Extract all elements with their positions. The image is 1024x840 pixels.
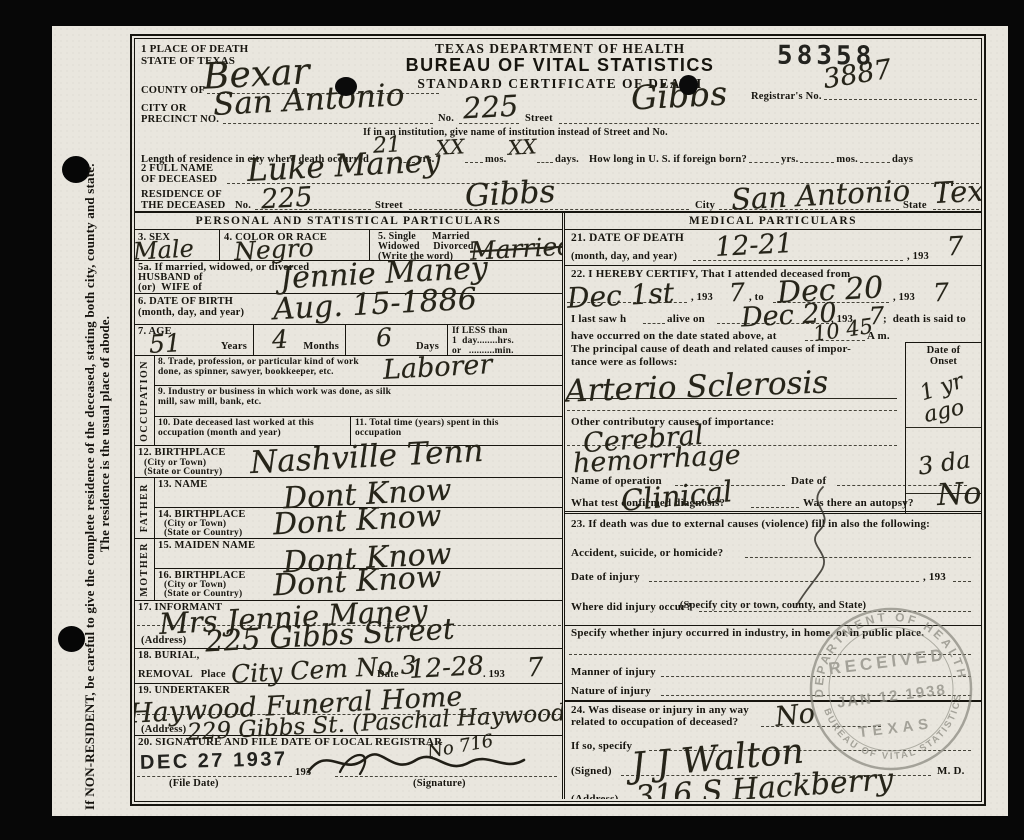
related-label-1: 24. Was disease or injury in any way (571, 705, 749, 716)
last-saw-label-2: alive on (667, 314, 705, 325)
mos-label-2: mos. (836, 154, 858, 165)
father-group: FATHER 13. NAME Dont Know 14. BIRTHPLACE… (135, 478, 562, 539)
dotted-line (559, 123, 979, 124)
microfilm-background: If NON-RESIDENT, be careful to give the … (0, 0, 1024, 840)
precinct-no-label: PRECINCT NO. (141, 114, 219, 125)
injury-year-prefix: , 193 (923, 572, 946, 583)
age-less-label-2: 1 day........hrs. (452, 336, 562, 346)
injury-date-row: Date of injury , 193 (565, 563, 981, 587)
accident-row: Accident, suicide, or homicide? (565, 539, 981, 563)
burial-place-value: City Cem No 3 (230, 652, 417, 687)
dotted-line (567, 410, 897, 411)
physician-address-label: (Address) (571, 794, 618, 799)
certify-block: 22. I HEREBY CERTIFY, That I attended de… (565, 266, 981, 328)
dob-label: 6. DATE OF BIRTH (138, 296, 233, 307)
injury-where-label: Where did injury occur? (571, 602, 692, 613)
stamp-received-text: RECEIVED (827, 645, 947, 678)
res-street-value: Gibbs (464, 177, 556, 213)
test-value: Clinical (620, 477, 734, 516)
age-years-cell: 7. AGE 51 Years (135, 325, 253, 355)
registrar-signature-scrawl (300, 742, 530, 780)
margin-line-2: The residence is the usual place of abod… (97, 58, 112, 810)
dod-year-prefix: , 193 (907, 251, 929, 262)
attended-from-year-prefix: , 193 (691, 292, 713, 303)
birthplace-label: 12. BIRTHPLACE (138, 447, 226, 458)
death-said-label: ; death is said to (883, 314, 966, 325)
manner-label: Manner of injury (571, 667, 656, 678)
house-no-label: No. (438, 113, 454, 124)
margin-line-1: If NON-RESIDENT, be careful to give the … (82, 58, 97, 810)
physician-address-row: (Address) 316 S Hackberry (565, 782, 981, 799)
dotted-line (137, 776, 292, 777)
age-days-value: 6 (375, 325, 392, 351)
undertaker-row: 19. UNDERTAKER Haywood Funeral Home (Add… (135, 684, 562, 736)
personal-section: PERSONAL AND STATISTICAL PARTICULARS 3. … (135, 213, 565, 799)
dotted-line (749, 162, 779, 163)
house-no-value: 225 (462, 92, 519, 124)
age-months-label: Months (303, 341, 339, 352)
received-stamp: DEPARTMENT OF HEALTH BUREAU OF VITAL STA… (797, 595, 981, 782)
certificate-border: 1 PLACE OF DEATH STATE OF TEXAS TEXAS DE… (130, 34, 986, 806)
informant-row: 17. INFORMANT Mrs Jennie Maney (Address)… (135, 601, 562, 649)
received-stamp-graphic: DEPARTMENT OF HEALTH BUREAU OF VITAL STA… (797, 595, 981, 782)
mother-side-cell: MOTHER (135, 539, 155, 600)
spouse-label-3: (or) WIFE of (138, 282, 202, 293)
deceased-name-value: Luke Maney (246, 146, 441, 187)
stamp-date-text: JAN 12 1938 (836, 681, 948, 711)
sex-value: Male (135, 236, 194, 263)
stray-pen-mark (775, 483, 855, 613)
city-or-label: CITY OR (141, 103, 187, 114)
ink-blob (679, 75, 698, 95)
birthplace-row: 12. BIRTHPLACE (City or Town) (State or … (135, 446, 562, 478)
last-worked-label: 10. Date deceased last worked at this oc… (158, 418, 343, 438)
father-bp-value: Dont Know (272, 502, 442, 541)
autopsy-value: No (936, 479, 981, 511)
certificate: 1 PLACE OF DEATH STATE OF TEXAS TEXAS DE… (134, 38, 982, 802)
certificate-header: 1 PLACE OF DEATH STATE OF TEXAS TEXAS DE… (135, 39, 981, 211)
father-birthplace-row: 14. BIRTHPLACE (City or Town) (State or … (155, 508, 562, 538)
birthplace-state-label: (State or Country) (144, 467, 222, 477)
burial-label: 18. BURIAL, (138, 650, 199, 661)
attended-from-value: Dec 1st (566, 279, 674, 313)
trade-row: 8. Trade, profession, or particular kind… (155, 356, 562, 386)
city-value: San Antonio (212, 80, 405, 121)
registrar-number-row: Registrar's No. (751, 91, 979, 102)
registrar-number-label: Registrar's No. (751, 91, 822, 102)
street-label: Street (525, 113, 553, 124)
mother-rows: 15. MAIDEN NAME Dont Know 16. BIRTHPLACE… (155, 539, 562, 600)
age-less-label-1: If LESS than (452, 326, 562, 336)
trade-value: Laborer (382, 351, 493, 384)
dotted-line (537, 162, 553, 163)
dotted-line (860, 162, 890, 163)
industry-label: 9. Industry or business in which work wa… (158, 387, 398, 407)
burial-year-prefix: . 193 (483, 669, 505, 680)
residence-days-value: XX (508, 136, 537, 157)
days-label: days. (555, 154, 579, 165)
father-rows: 13. NAME Dont Know 14. BIRTHPLACE (City … (155, 478, 562, 538)
punch-hole-bottom (58, 626, 85, 652)
dotted-line (824, 99, 977, 100)
burial-row: 18. BURIAL, REMOVAL Place City Cem No 3 … (135, 649, 562, 684)
dotted-line (800, 162, 834, 163)
if-so-label: If so, specify (571, 741, 632, 752)
nature-label: Nature of injury (571, 686, 651, 697)
margin-instruction: If NON-RESIDENT, be careful to give the … (82, 58, 112, 810)
days-label-2: days (892, 154, 913, 165)
yrs-label-2: yrs. (781, 154, 798, 165)
trade-label: 8. Trade, profession, or particular kind… (158, 357, 383, 377)
signed-label: (Signed) (571, 766, 612, 777)
dotted-line (465, 162, 483, 163)
principal-cause-value: Arterio Sclerosis (565, 367, 829, 407)
age-days-label: Days (416, 341, 439, 352)
bureau-title: BUREAU OF VITAL STATISTICS (385, 55, 735, 76)
stamp-state-text: TEXAS (858, 715, 935, 741)
onset-label-2: Onset (906, 356, 981, 367)
document-page: If NON-RESIDENT, be careful to give the … (52, 26, 1008, 816)
dob-row: 6. DATE OF BIRTH (month, day, and year) … (135, 294, 562, 325)
fullname-label-2: OF DECEASED (141, 174, 217, 185)
mother-name-label: 15. MAIDEN NAME (158, 540, 255, 551)
dod-sublabel: (month, day, and year) (571, 251, 677, 262)
file-date-stamp: DEC 27 1937 (140, 748, 288, 775)
dob-value: Aug. 15-1886 (272, 285, 477, 326)
personal-section-title: PERSONAL AND STATISTICAL PARTICULARS (135, 213, 562, 230)
dotted-line (223, 123, 433, 124)
industry-row: 9. Industry or business in which work wa… (155, 386, 562, 417)
md-label: M. D. (937, 766, 965, 777)
dob-sublabel: (month, day, and year) (138, 307, 244, 318)
res-city-label: City (695, 200, 715, 211)
occupation-group: OCCUPATION 8. Trade, profession, or part… (135, 356, 562, 446)
last-saw-label-1: I last saw h (571, 314, 626, 325)
dept-title: TEXAS DEPARTMENT OF HEALTH (385, 43, 735, 54)
sex-cell: 3. SEX Male (135, 230, 220, 260)
dotted-line (953, 581, 971, 582)
foreign-born-label: How long in U. S. if foreign born? (589, 154, 747, 165)
sex-race-marital-row: 3. SEX Male 4. COLOR OR RACE Negro 5. Si… (135, 230, 562, 261)
occupation-rows: 8. Trade, profession, or particular kind… (155, 356, 562, 445)
occupation-side-label: OCCUPATION (139, 360, 150, 442)
cause-block: have occurred on the date stated above, … (565, 328, 981, 514)
onset-value-1b: ago (922, 397, 966, 427)
attended-to-year-digit: 7 (932, 280, 949, 306)
dod-label: 21. DATE OF DEATH (571, 233, 684, 244)
external-causes-row: 23. If death was due to external causes … (565, 519, 981, 539)
age-years-label: Years (221, 341, 247, 352)
res-street-label: Street (375, 200, 403, 211)
residence-label-2: THE DECEASED (141, 200, 225, 211)
residence-label-1: RESIDENCE OF (141, 189, 222, 200)
fullname-label-1: 2 FULL NAME (141, 163, 213, 174)
onset-value-2: 3 da (917, 447, 972, 478)
father-side-cell: FATHER (135, 478, 155, 538)
medical-section: MEDICAL PARTICULARS 21. DATE OF DEATH (m… (565, 213, 981, 799)
age-row: 7. AGE 51 Years 4 Months 6 Days If LESS … (135, 325, 562, 356)
burial-date-value: 12-28 (408, 653, 484, 683)
injury-date-label: Date of injury (571, 572, 640, 583)
res-state-value: Texas (932, 175, 982, 208)
attended-to-year-prefix: , 193 (893, 292, 915, 303)
dod-value: 12-21 (714, 230, 793, 261)
related-label-2: related to occupation of deceased? (571, 717, 738, 728)
father-name-label: 13. NAME (158, 479, 207, 490)
age-days-cell: 6 Days (345, 325, 447, 355)
father-bp-state-label: (State or Country) (164, 528, 242, 538)
ink-blob (335, 77, 357, 96)
mother-group: MOTHER 15. MAIDEN NAME Dont Know 16. BIR… (135, 539, 562, 601)
removal-label: REMOVAL Place (138, 669, 226, 680)
occupation-side-cell: OCCUPATION (135, 356, 155, 445)
res-no-label: No. (235, 200, 251, 211)
solid-line (906, 427, 981, 428)
accident-label: Accident, suicide, or homicide? (571, 548, 723, 559)
dod-year-digit: 7 (946, 234, 964, 261)
mos-label: mos. (485, 154, 507, 165)
place-of-death-label: 1 PLACE OF DEATH (141, 44, 248, 55)
dotted-line (643, 323, 665, 324)
county-label: COUNTY OF (141, 85, 205, 96)
onset-label-1: Date of (906, 343, 981, 356)
age-months-cell: 4 Months (253, 325, 345, 355)
res-no-value: 225 (260, 184, 313, 214)
mother-side-label: MOTHER (139, 542, 150, 597)
father-side-label: FATHER (139, 483, 150, 532)
mother-bp-state-label: (State or Country) (164, 589, 242, 599)
age-months-value: 4 (271, 327, 288, 353)
race-cell: 4. COLOR OR RACE Negro (220, 230, 370, 260)
medical-section-title: MEDICAL PARTICULARS (565, 213, 981, 230)
age-years-value: 51 (148, 330, 181, 357)
certificate-body: PERSONAL AND STATISTICAL PARTICULARS 3. … (135, 211, 981, 799)
file-date-label: (File Date) (169, 778, 219, 789)
mother-birthplace-row: 16. BIRTHPLACE (City or Town) (State or … (155, 569, 562, 600)
date-of-death-row: 21. DATE OF DEATH (month, day, and year)… (565, 230, 981, 266)
burial-year-digit: 7 (526, 655, 544, 682)
